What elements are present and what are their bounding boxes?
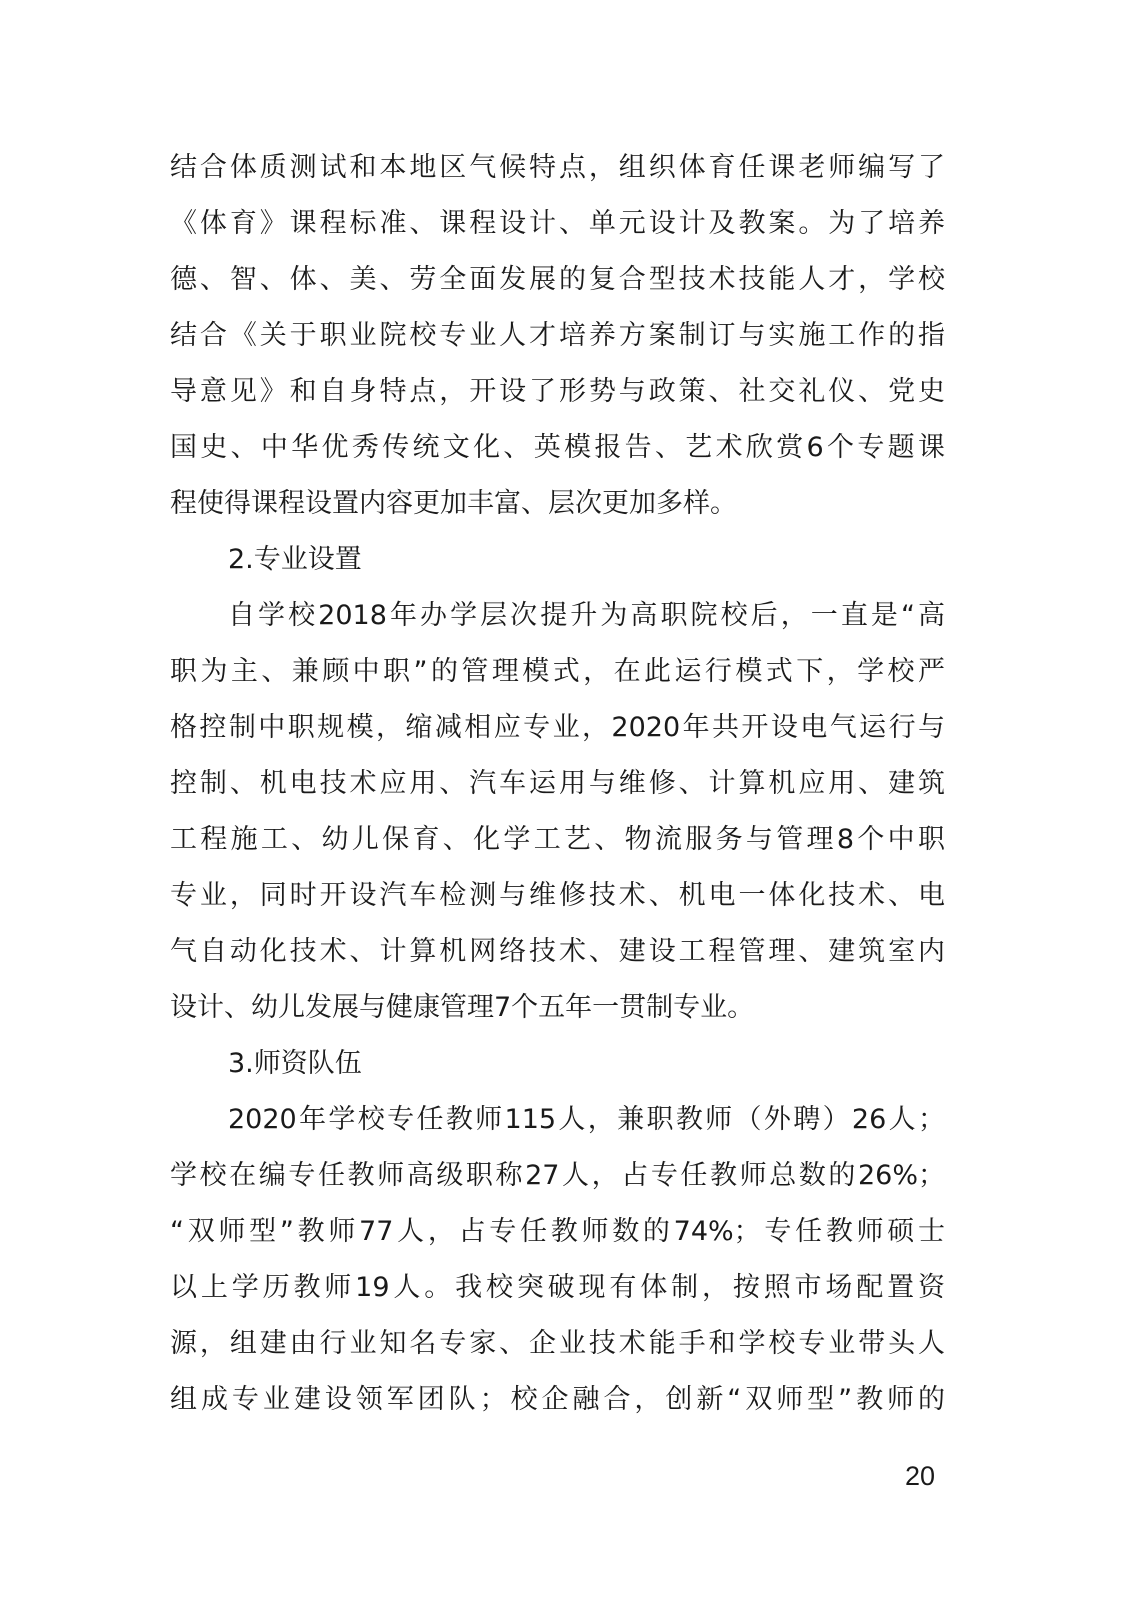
body-text-line: 专业，同时开设汽车检测与维修技术、机电一体化技术、电 bbox=[170, 876, 945, 916]
body-text-line: 2020年学校专任教师115人，兼职教师（外聘）26人； bbox=[228, 1100, 945, 1140]
body-text-line: 导意见》和自身特点，开设了形势与政策、社交礼仪、党史 bbox=[170, 372, 945, 412]
body-text-line: 《体育》课程标准、课程设计、单元设计及教案。为了培养 bbox=[170, 204, 945, 244]
body-text-line: 德、智、体、美、劳全面发展的复合型技术技能人才，学校 bbox=[170, 260, 945, 300]
body-text-line: 源，组建由行业知名专家、企业技术能手和学校专业带头人 bbox=[170, 1324, 945, 1364]
body-text-line: 结合《关于职业院校专业人才培养方案制订与实施工作的指 bbox=[170, 316, 945, 356]
body-text-line: “双师型”教师77人，占专任教师数的74%；专任教师硕士 bbox=[170, 1212, 945, 1252]
body-text-line: 设计、幼儿发展与健康管理7个五年一贯制专业。 bbox=[170, 988, 945, 1028]
body-text-line: 自学校2018年办学层次提升为高职院校后，一直是“高 bbox=[228, 596, 945, 636]
body-text-line: 组成专业建设领军团队；校企融合，创新“双师型”教师的 bbox=[170, 1380, 945, 1420]
body-text-line: 结合体质测试和本地区气候特点，组织体育任课老师编写了 bbox=[170, 148, 945, 188]
section-heading-faculty: 3.师资队伍 bbox=[228, 1044, 362, 1084]
body-text-line: 学校在编专任教师高级职称27人，占专任教师总数的26%； bbox=[170, 1156, 945, 1196]
body-text-line: 程使得课程设置内容更加丰富、层次更加多样。 bbox=[170, 484, 945, 524]
body-text-line: 控制、机电技术应用、汽车运用与维修、计算机应用、建筑 bbox=[170, 764, 945, 804]
body-text-line: 工程施工、幼儿保育、化学工艺、物流服务与管理8个中职 bbox=[170, 820, 945, 860]
body-text-line: 国史、中华优秀传统文化、英模报告、艺术欣赏6个专题课 bbox=[170, 428, 945, 468]
body-text-line: 职为主、兼顾中职”的管理模式，在此运行模式下，学校严 bbox=[170, 652, 945, 692]
section-heading-major-setup: 2.专业设置 bbox=[228, 540, 362, 580]
body-text-line: 格控制中职规模，缩减相应专业，2020年共开设电气运行与 bbox=[170, 708, 945, 748]
body-text-line: 以上学历教师19人。我校突破现有体制，按照市场配置资 bbox=[170, 1268, 945, 1308]
page-number: 20 bbox=[905, 1458, 935, 1494]
document-page: 结合体质测试和本地区气候特点，组织体育任课老师编写了 《体育》课程标准、课程设计… bbox=[0, 0, 1131, 1600]
body-text-line: 气自动化技术、计算机网络技术、建设工程管理、建筑室内 bbox=[170, 932, 945, 972]
